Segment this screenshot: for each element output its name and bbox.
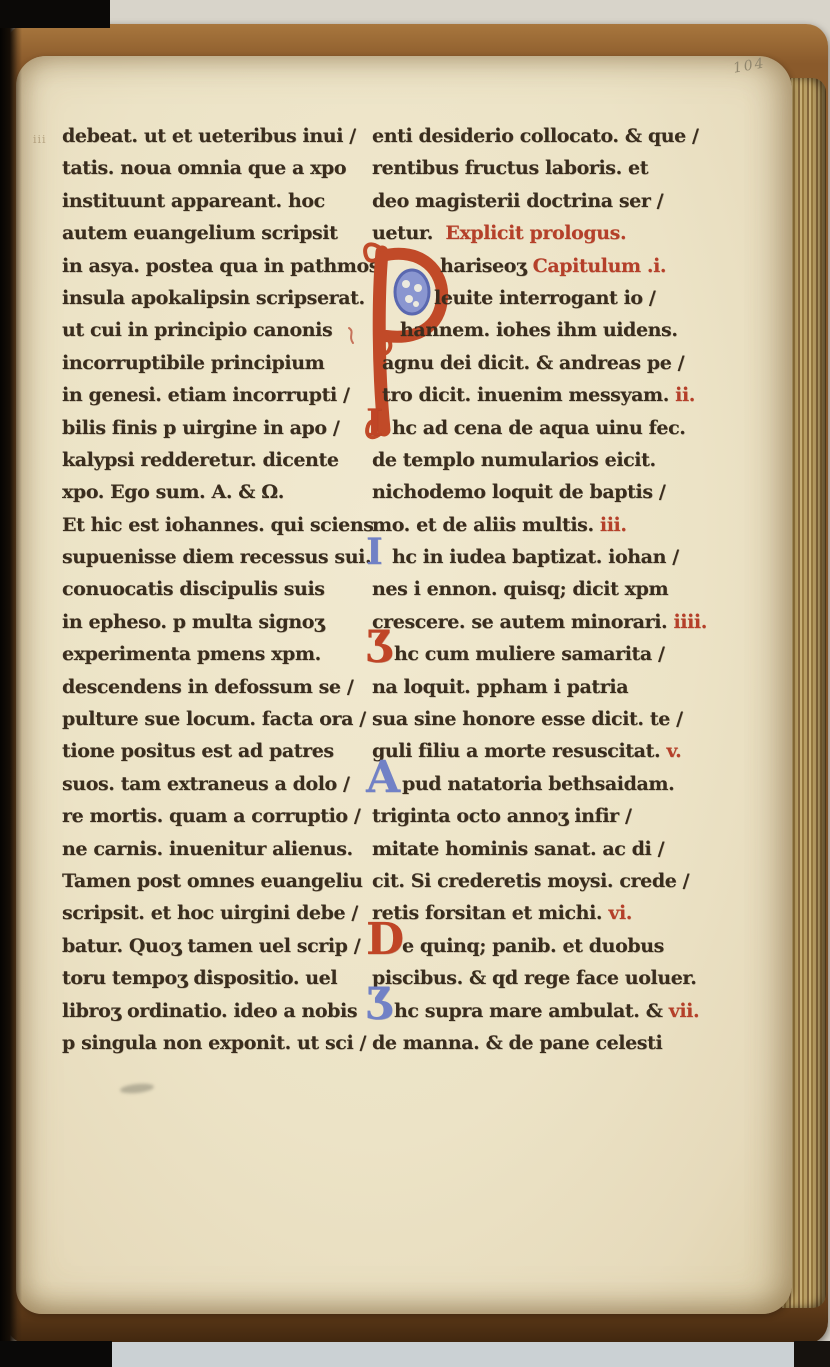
- backdrop-bottom-left-dark: [0, 1341, 112, 1367]
- text-segment: ii.: [675, 384, 695, 406]
- text-line: in asya. postea qua in pathmos: [62, 250, 362, 282]
- text-segment: bilis finis p uirgine in apo /: [62, 417, 339, 439]
- text-segment: toru tempoʒ dispositio. uel: [62, 967, 337, 989]
- text-segment: pud natatoria bethsaidam.: [402, 773, 674, 795]
- text-segment: p singula non exponit. ut sci /: [62, 1032, 366, 1054]
- text-segment: tatis. noua omnia que a xpo: [62, 157, 346, 179]
- text-line: instituunt appareant. hoc: [62, 185, 362, 217]
- text-line: Ihc in iudea baptizat. iohan /: [372, 541, 708, 573]
- text-line: nichodemo loquit de baptis /: [372, 476, 708, 508]
- text-line: re mortis. quam a corruptio /: [62, 800, 362, 832]
- text-segment: Tamen post omnes euangeliu: [62, 870, 363, 892]
- text-line: debeat. ut et ueteribus inui /: [62, 120, 362, 152]
- text-segment: piscibus. & qd rege face uoluer.: [372, 967, 697, 989]
- text-segment: deo magisterii doctrina ser /: [372, 190, 663, 212]
- text-line: crescere. se autem minorari. iiii.: [372, 606, 708, 638]
- text-line: leuite interrogant io /: [372, 282, 708, 314]
- text-line: Ʒhc supra mare ambulat. & vii.: [372, 995, 708, 1027]
- text-segment: xpo. Ego sum. A. & Ω.: [62, 481, 284, 503]
- text-segment: retis forsitan et michi.: [372, 902, 608, 924]
- text-segment: hc ad cena de aqua uinu fec.: [392, 417, 685, 439]
- text-line: hariseoʒ Capitulum .i.: [372, 250, 708, 282]
- text-line: Ʒhc cum muliere samarita /: [372, 638, 708, 670]
- text-segment: nichodemo loquit de baptis /: [372, 481, 665, 503]
- manuscript-parchment-page: 104 iii debeat. ut et ueteribus inui /ta…: [16, 56, 792, 1314]
- chapter-initial: D: [366, 922, 404, 958]
- text-line: libroʒ ordinatio. ideo a nobis: [62, 995, 362, 1027]
- text-line: enti desiderio collocato. & que /: [372, 120, 708, 152]
- text-segment: kalypsi redderetur. dicente: [62, 449, 339, 471]
- chapter-initial: I: [366, 534, 382, 570]
- text-segment: pulture sue locum. facta ora /: [62, 708, 366, 730]
- text-line: agnu dei dicit. & andreas pe /: [372, 347, 708, 379]
- text-segment: re mortis. quam a corruptio /: [62, 805, 360, 827]
- text-segment: insula apokalipsin scripserat.: [62, 287, 365, 309]
- chapter-initial: Ʒ: [366, 987, 395, 1023]
- text-segment: mo. et de aliis multis.: [372, 514, 600, 536]
- text-line: autem euangelium scripsit: [62, 217, 362, 249]
- text-line: Apud natatoria bethsaidam.: [372, 768, 708, 800]
- text-line: tione positus est ad patres: [62, 735, 362, 767]
- text-segment: enti desiderio collocato. & que /: [372, 125, 699, 147]
- text-segment: in asya. postea qua in pathmos: [62, 255, 379, 277]
- text-line: xpo. Ego sum. A. & Ω.: [62, 476, 362, 508]
- scan-table-strip: [0, 1342, 830, 1367]
- text-line: bilis finis p uirgine in apo /: [62, 412, 362, 444]
- text-line: toru tempoʒ dispositio. uel: [62, 962, 362, 994]
- text-segment: nes i ennon. quisq; dicit xpm: [372, 578, 668, 600]
- smudge-mark: [120, 1082, 155, 1095]
- text-line: scripsit. et hoc uirgini debe /: [62, 897, 362, 929]
- text-segment: de manna. & de pane celesti: [372, 1032, 662, 1054]
- text-line: De quinq; panib. et duobus: [372, 930, 708, 962]
- text-line: descendens in defossum se /: [62, 671, 362, 703]
- text-line: Et hic est iohannes. qui sciens: [62, 509, 362, 541]
- text-segment: iiii.: [673, 611, 707, 633]
- text-segment: hc cum muliere samarita /: [394, 643, 665, 665]
- text-segment: ne carnis. inuenitur alienus.: [62, 838, 353, 860]
- text-segment: e quinq; panib. et duobus: [402, 935, 664, 957]
- chapter-initial: A: [366, 760, 400, 796]
- text-segment: vi.: [608, 902, 632, 924]
- text-line: pulture sue locum. facta ora /: [62, 703, 362, 735]
- text-line: batur. Quoʒ tamen uel scrip /: [62, 930, 362, 962]
- text-segment: suos. tam extraneus a dolo /: [62, 773, 350, 795]
- text-segment: cit. Si crederetis moysi. crede /: [372, 870, 689, 892]
- text-segment: mitate hominis sanat. ac di /: [372, 838, 664, 860]
- photo-of-open-manuscript-book: 104 iii debeat. ut et ueteribus inui /ta…: [0, 0, 830, 1367]
- text-line: conuocatis discipulis suis: [62, 573, 362, 605]
- text-line: incorruptibile principium: [62, 347, 362, 379]
- text-line: suos. tam extraneus a dolo /: [62, 768, 362, 800]
- text-line: experimenta pmens xpm.: [62, 638, 362, 670]
- chapter-initial: I: [366, 405, 382, 441]
- text-segment: instituunt appareant. hoc: [62, 190, 325, 212]
- text-line: ne carnis. inuenitur alienus.: [62, 833, 362, 865]
- text-line: ut cui in principio canonis: [62, 314, 362, 346]
- text-line: in genesi. etiam incorrupti /: [62, 379, 362, 411]
- text-segment: in epheso. p multa signoʒ: [62, 611, 324, 633]
- text-segment: vii.: [669, 1000, 700, 1022]
- text-segment: hc in iudea baptizat. iohan /: [392, 546, 679, 568]
- text-segment: descendens in defossum se /: [62, 676, 353, 698]
- book-spine-shadow: [0, 0, 22, 1367]
- text-line: de manna. & de pane celesti: [372, 1027, 708, 1059]
- text-segment: Capitulum .i.: [533, 255, 667, 277]
- text-segment: supuenisse diem recessus sui.: [62, 546, 371, 568]
- text-line: tro dicit. inuenim messyam. ii.: [372, 379, 708, 411]
- text-segment: rentibus fructus laboris. et: [372, 157, 648, 179]
- text-segment: in genesi. etiam incorrupti /: [62, 384, 350, 406]
- right-text-column: enti desiderio collocato. & que /rentibu…: [372, 120, 708, 1059]
- text-line: Ihc ad cena de aqua uinu fec.: [372, 412, 708, 444]
- text-line: na loquit. ppham i patria: [372, 671, 708, 703]
- text-line: p singula non exponit. ut sci /: [62, 1027, 362, 1059]
- text-segment: leuite interrogant io /: [434, 287, 655, 309]
- text-line: hannem. iohes ihm uidens.: [372, 314, 708, 346]
- text-segment: hannem. iohes ihm uidens.: [400, 319, 678, 341]
- text-segment: iii.: [600, 514, 627, 536]
- text-segment: sua sine honore esse dicit. te /: [372, 708, 683, 730]
- red-margin-flourish: [346, 326, 358, 346]
- text-line: sua sine honore esse dicit. te /: [372, 703, 708, 735]
- text-line: nes i ennon. quisq; dicit xpm: [372, 573, 708, 605]
- text-segment: Et hic est iohannes. qui sciens: [62, 514, 374, 536]
- text-segment: debeat. ut et ueteribus inui /: [62, 125, 356, 147]
- text-segment: uetur.: [372, 222, 445, 244]
- text-line: Tamen post omnes euangeliu: [62, 865, 362, 897]
- text-line: tatis. noua omnia que a xpo: [62, 152, 362, 184]
- text-line: in epheso. p multa signoʒ: [62, 606, 362, 638]
- text-segment: autem euangelium scripsit: [62, 222, 338, 244]
- text-line: supuenisse diem recessus sui.: [62, 541, 362, 573]
- chapter-initial: Ʒ: [366, 630, 395, 666]
- text-segment: batur. Quoʒ tamen uel scrip /: [62, 935, 360, 957]
- text-segment: conuocatis discipulis suis: [62, 578, 325, 600]
- text-segment: ut cui in principio canonis: [62, 319, 332, 341]
- text-segment: crescere. se autem minorari.: [372, 611, 673, 633]
- text-line: kalypsi redderetur. dicente: [62, 444, 362, 476]
- text-segment: v.: [666, 740, 681, 762]
- text-segment: Explicit prologus.: [445, 222, 626, 244]
- text-line: triginta octo annoʒ infir /: [372, 800, 708, 832]
- text-line: guli filiu a morte resuscitat. v.: [372, 735, 708, 767]
- text-line: retis forsitan et michi. vi.: [372, 897, 708, 929]
- text-segment: libroʒ ordinatio. ideo a nobis: [62, 1000, 357, 1022]
- text-line: de templo numularios eicit.: [372, 444, 708, 476]
- text-line: insula apokalipsin scripserat.: [62, 282, 362, 314]
- text-line: deo magisterii doctrina ser /: [372, 185, 708, 217]
- text-segment: incorruptibile principium: [62, 352, 324, 374]
- text-line: cit. Si crederetis moysi. crede /: [372, 865, 708, 897]
- text-segment: hc supra mare ambulat. &: [394, 1000, 669, 1022]
- text-line: mitate hominis sanat. ac di /: [372, 833, 708, 865]
- text-segment: scripsit. et hoc uirgini debe /: [62, 902, 358, 924]
- backdrop-top-left-dark: [0, 0, 110, 28]
- margin-note: iii: [33, 133, 47, 146]
- left-text-column: debeat. ut et ueteribus inui /tatis. nou…: [62, 120, 362, 1059]
- text-segment: na loquit. ppham i patria: [372, 676, 628, 698]
- text-line: uetur. Explicit prologus.: [372, 217, 708, 249]
- text-segment: experimenta pmens xpm.: [62, 643, 321, 665]
- text-line: piscibus. & qd rege face uoluer.: [372, 962, 708, 994]
- text-segment: hariseoʒ: [440, 255, 533, 277]
- text-segment: triginta octo annoʒ infir /: [372, 805, 632, 827]
- text-segment: guli filiu a morte resuscitat.: [372, 740, 666, 762]
- text-line: mo. et de aliis multis. iii.: [372, 509, 708, 541]
- folio-number: 104: [732, 55, 767, 76]
- text-segment: tione positus est ad patres: [62, 740, 334, 762]
- text-line: rentibus fructus laboris. et: [372, 152, 708, 184]
- text-segment: tro dicit. inuenim messyam.: [382, 384, 675, 406]
- text-segment: de templo numularios eicit.: [372, 449, 656, 471]
- text-segment: agnu dei dicit. & andreas pe /: [382, 352, 684, 374]
- backdrop-bottom-right-dark: [794, 1341, 830, 1367]
